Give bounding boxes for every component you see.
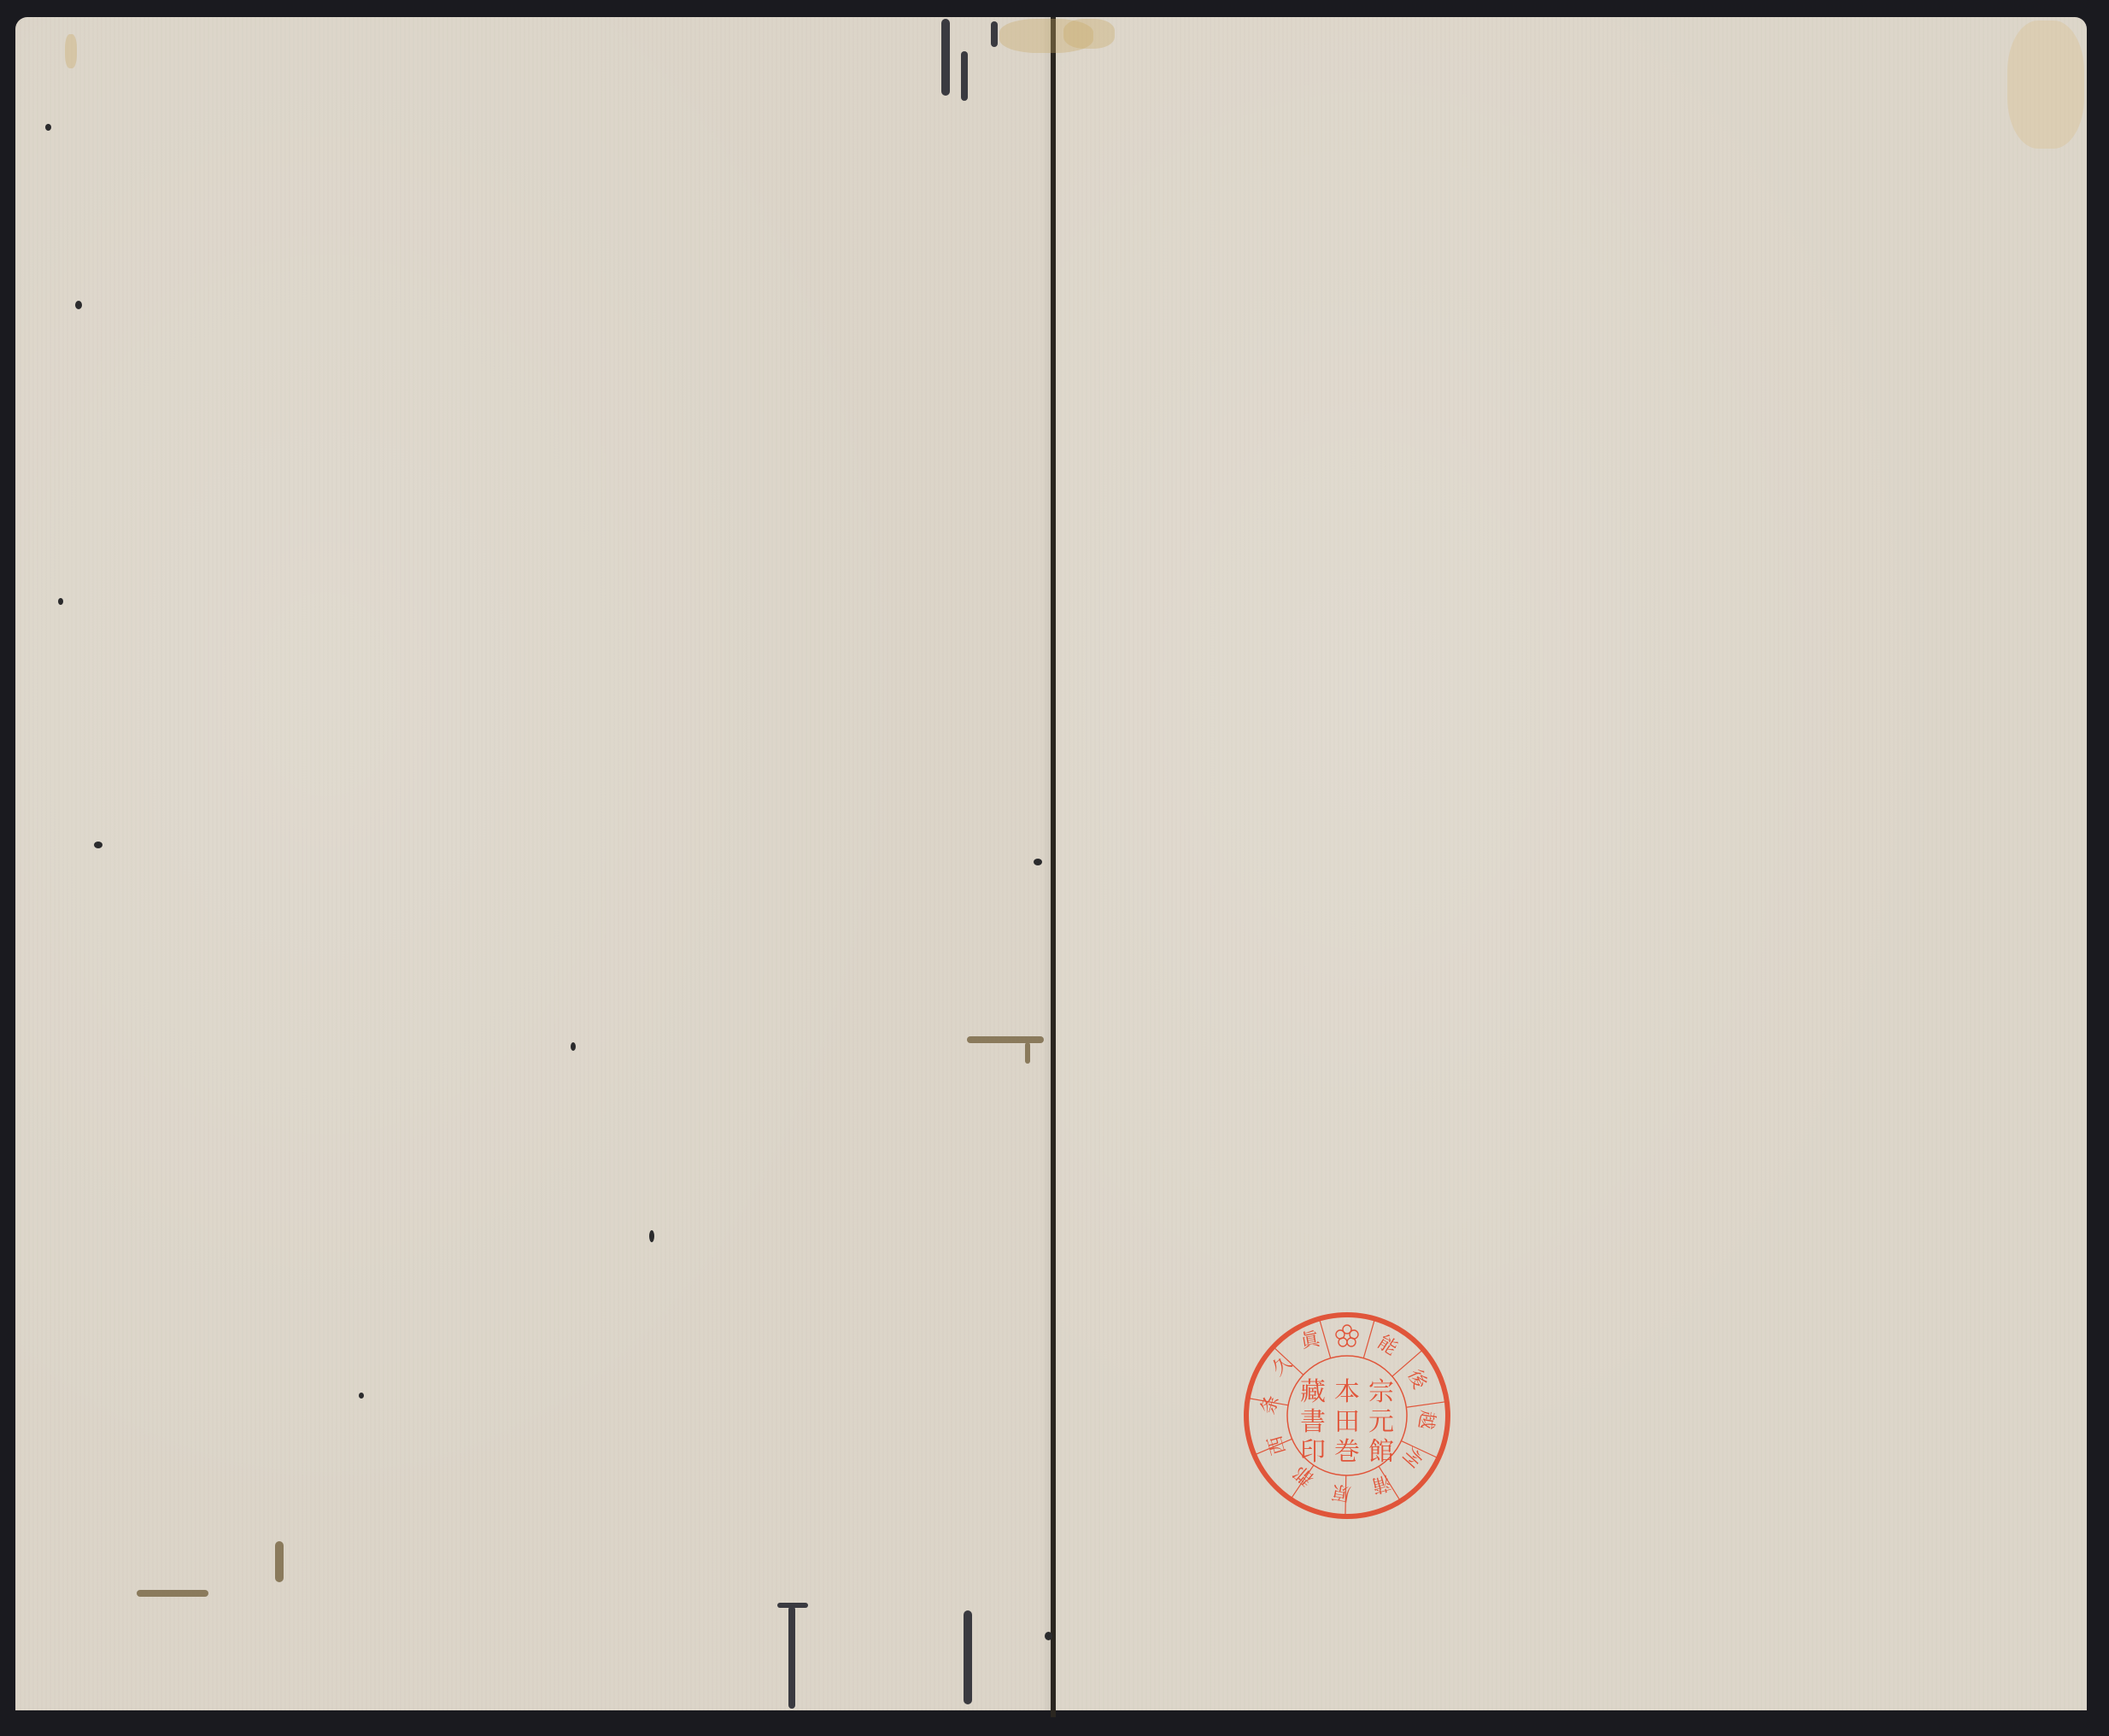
seal-ring-char: 条 [1257, 1393, 1283, 1416]
seal-ring-char: 眞 [1299, 1328, 1322, 1353]
wormhole [45, 124, 51, 131]
seal-char: 藏 [1300, 1377, 1326, 1407]
left-page [15, 17, 1051, 1710]
seal-char: 館 [1368, 1437, 1394, 1467]
stain [2007, 21, 2084, 149]
worm-track [964, 1610, 972, 1704]
seal-ring-char: 久 [1268, 1352, 1296, 1380]
seal-ring-char: 後 [1403, 1366, 1431, 1393]
worm-track [967, 1036, 1044, 1043]
seal-ring-char: 越 [1414, 1409, 1438, 1431]
seal-char: 書 [1300, 1407, 1326, 1437]
seal-char: 田 [1334, 1407, 1360, 1437]
worm-track [1025, 1042, 1030, 1064]
seal-ring-char: 蒲 [1369, 1471, 1393, 1497]
wormhole [58, 598, 63, 605]
wormhole [94, 842, 103, 848]
stain [65, 34, 77, 68]
seal-char: 本 [1334, 1377, 1360, 1407]
cherry-blossom-icon [1336, 1325, 1358, 1346]
stain [1063, 19, 1115, 49]
worm-track [991, 21, 998, 47]
worm-track [137, 1590, 208, 1597]
seal-char: 元 [1368, 1407, 1394, 1437]
seal-char: 巻 [1334, 1437, 1360, 1467]
worm-track [961, 51, 968, 101]
seal-char: 宗 [1368, 1377, 1394, 1407]
ownership-seal: 宗 本 藏 元 田 書 館 巻 印 能 後 越 州 蒲 原 郡 西 条 久 眞 [1242, 1311, 1452, 1521]
book-spine [1051, 17, 1056, 1717]
wormhole [359, 1393, 364, 1399]
right-page [1056, 17, 2087, 1710]
seal-graphic: 宗 本 藏 元 田 書 館 巻 印 能 後 越 州 蒲 原 郡 西 条 久 眞 [1242, 1311, 1452, 1521]
seal-ring-char: 原 [1330, 1480, 1352, 1504]
wormhole [571, 1042, 576, 1051]
seal-ring-char: 西 [1264, 1434, 1290, 1457]
worm-track [941, 19, 950, 96]
worm-track [788, 1606, 795, 1709]
wormhole [1045, 1632, 1052, 1640]
wormhole [75, 301, 82, 309]
wormhole [1034, 859, 1042, 865]
seal-ring-char: 能 [1374, 1332, 1401, 1360]
worm-track [777, 1603, 808, 1608]
seal-ring-char: 州 [1397, 1442, 1426, 1470]
worm-track [275, 1541, 284, 1582]
spine-shadow [1042, 17, 1051, 1710]
wormhole [649, 1230, 654, 1242]
